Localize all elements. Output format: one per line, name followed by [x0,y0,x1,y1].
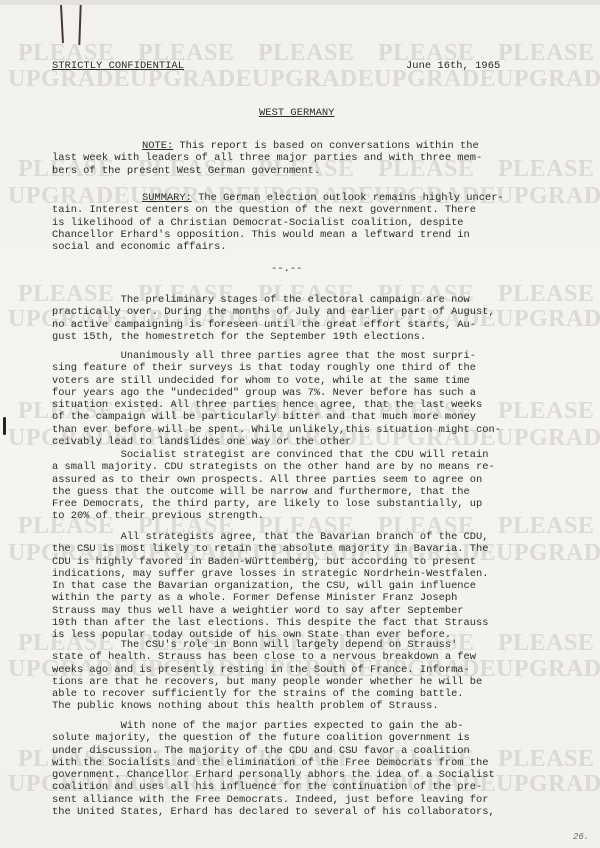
page-title: WEST GERMANY [259,107,334,119]
staple-mark [60,5,63,43]
watermark-text: UPGRADE [496,540,600,567]
staple-mark [78,5,81,45]
watermark-text: PLEASE [498,40,600,67]
watermark-text: PLEASE [258,40,378,67]
page-number: 26. [573,832,589,842]
watermark-text: UPGRADE [496,425,600,452]
document-date: June 16th, 1965 [406,60,500,72]
watermark-text: UPGRADE [496,656,600,683]
watermark-text: PLEASE [498,398,600,425]
classification-label: STRICTLY CONFIDENTIAL [52,60,184,72]
summary-paragraph: SUMMARY: The German election outlook rem… [52,192,504,253]
body-paragraph: Socialist strategist are convinced that … [52,449,495,523]
body-paragraph: All strategists agree, that the Bavarian… [52,531,488,641]
note-label: NOTE: [142,140,173,152]
note-paragraph: NOTE: This report is based on conversati… [52,140,482,177]
watermark-text: PLEASE [498,630,600,657]
body-paragraph: With none of the major parties expected … [52,720,495,818]
watermark-text: UPGRADE [496,183,600,210]
document-page: PLEASEPLEASEPLEASEPLEASEPLEASEPLEASEPLEA… [0,0,600,848]
section-separator: --.-- [271,263,302,275]
watermark-text: UPGRADE [252,66,374,93]
summary-label: SUMMARY: [142,192,192,204]
body-paragraph: Unanimously all three parties agree that… [52,350,501,448]
watermark-text: UPGRADE [496,771,600,798]
watermark-text: PLEASE [498,156,600,183]
body-paragraph: The preliminary stages of the electoral … [52,294,495,343]
scan-edge [0,0,600,5]
body-paragraph: The CSU's role in Bonn will largely depe… [52,639,482,713]
watermark-text: UPGRADE [496,306,600,333]
watermark-text: PLEASE [498,281,600,308]
watermark-text: PLEASE [498,746,600,773]
margin-mark [3,417,6,435]
watermark-text: PLEASE [498,513,600,540]
watermark-text: UPGRADE [496,66,600,93]
